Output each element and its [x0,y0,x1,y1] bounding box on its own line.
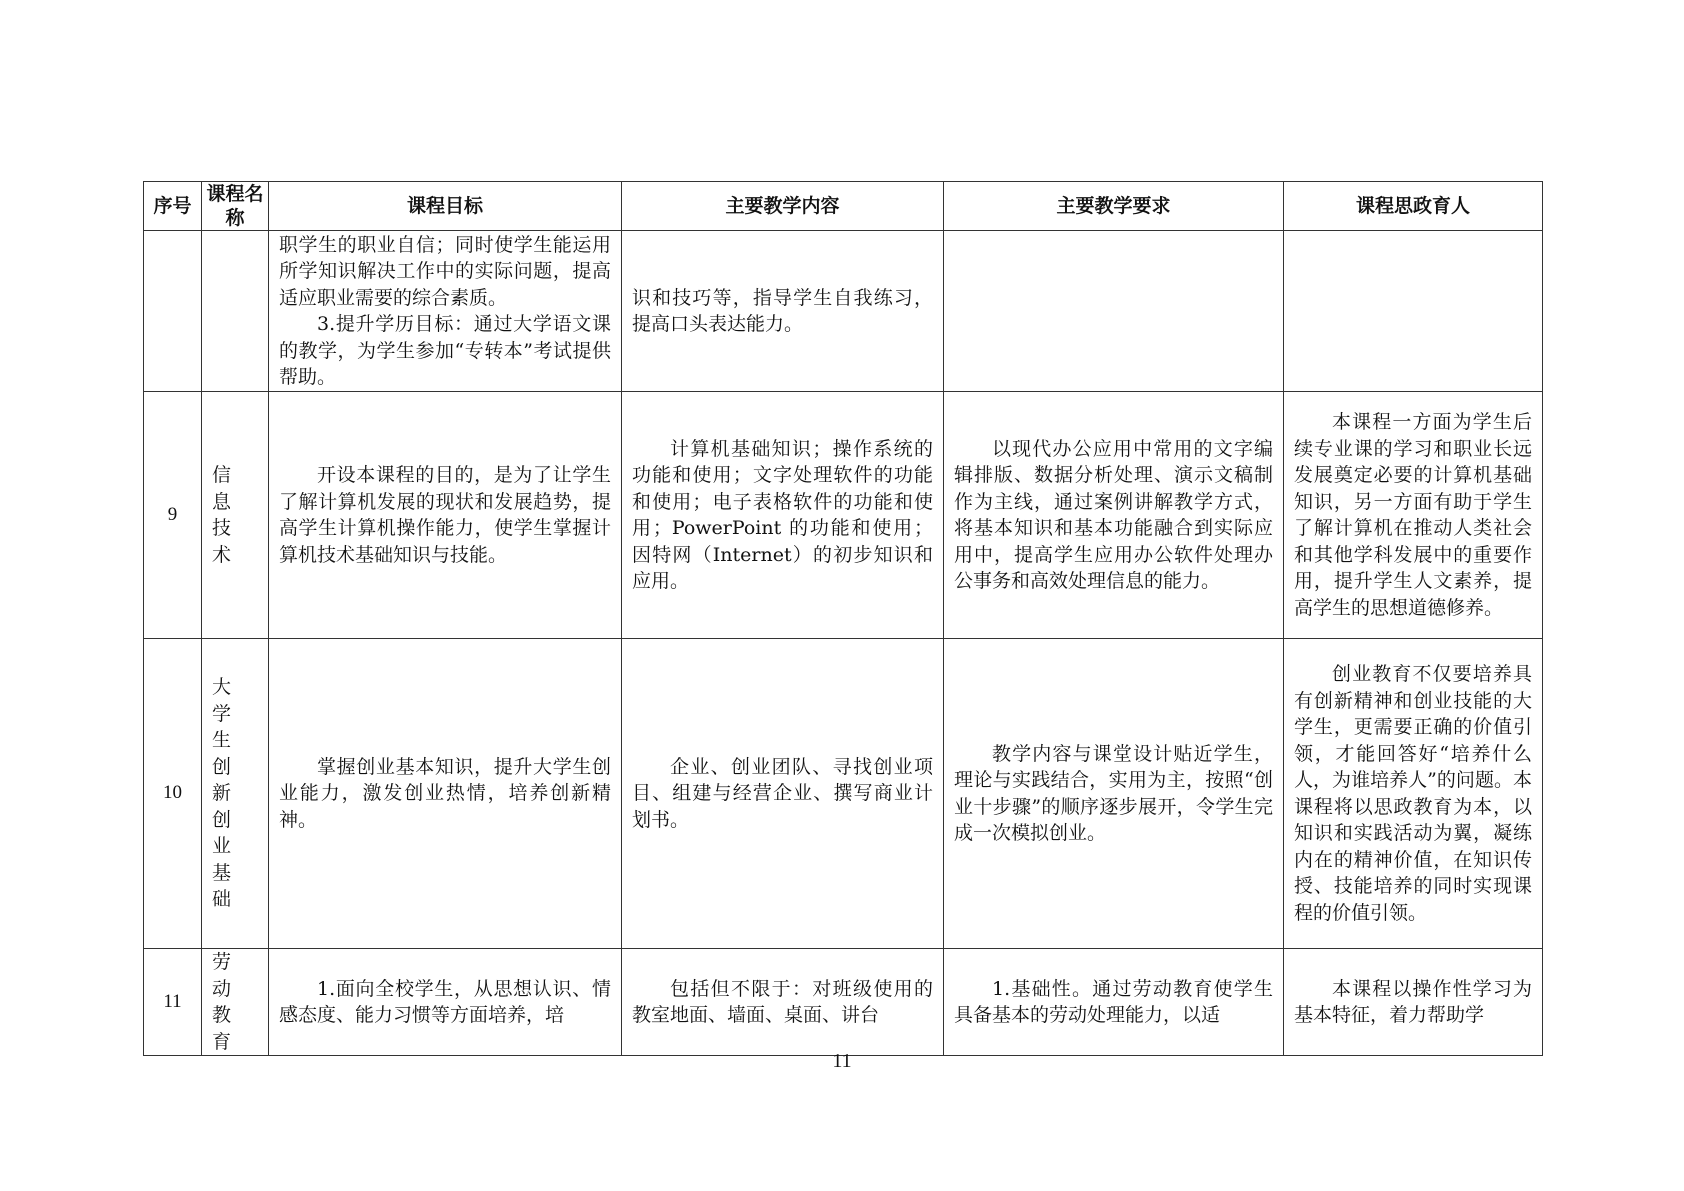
header-no: 序号 [144,182,202,231]
cell-teaching-requirement [944,231,1284,392]
table-row-continuation: 职学生的职业自信；同时使学生能运用所学知识解决工作中的实际问题，提高适应职业需要… [144,231,1543,392]
cell-course-goal: 职学生的职业自信；同时使学生能运用所学知识解决工作中的实际问题，提高适应职业需要… [269,231,622,392]
cell-course-goal: 掌握创业基本知识，提升大学生创业能力，激发创业热情，培养创新精神。 [269,639,622,949]
goal-paragraph: 职学生的职业自信；同时使学生能运用所学知识解决工作中的实际问题，提高适应职业需要… [279,232,611,312]
cell-no: 10 [144,639,202,949]
header-ideological-education: 课程思政育人 [1284,182,1543,231]
table-row: 10 大学生创新创业基础 掌握创业基本知识，提升大学生创业能力，激发创业热情，培… [144,639,1543,949]
cell-course-goal: 1.面向全校学生，从思想认识、情感态度、能力习惯等方面培养，培 [269,949,622,1056]
requirement-text: 教学内容与课堂设计贴近学生，理论与实践结合，实用为主，按照“创业十步骤”的顺序逐… [954,741,1273,847]
cell-no: 9 [144,392,202,639]
cell-teaching-content: 包括但不限于：对班级使用的教室地面、墙面、桌面、讲台 [622,949,944,1056]
table-row: 11 劳动教育 1.面向全校学生，从思想认识、情感态度、能力习惯等方面培养，培 … [144,949,1543,1056]
cell-teaching-content: 计算机基础知识；操作系统的功能和使用；文字处理软件的功能和使用；电子表格软件的功… [622,392,944,639]
cell-teaching-requirement: 以现代办公应用中常用的文字编辑排版、数据分析处理、演示文稿制作为主线，通过案例讲… [944,392,1284,639]
page-number: 11 [822,1050,862,1073]
goal-paragraph: 3.提升学历目标：通过大学语文课的教学，为学生参加“专转本”考试提供帮助。 [279,311,611,391]
cell-ideological-education: 本课程以操作性学习为基本特征，着力帮助学 [1284,949,1543,1056]
cell-ideological-education: 创业教育不仅要培养具有创新精神和创业技能的大学生，更需要正确的价值引领，才能回答… [1284,639,1543,949]
header-course-goal: 课程目标 [269,182,622,231]
ideology-text: 本课程一方面为学生后续专业课的学习和职业长远发展奠定必要的计算机基础知识，另一方… [1294,409,1532,621]
course-table: 序号 课程名称 课程目标 主要教学内容 主要教学要求 课程思政育人 职学生的职业… [143,181,1543,1056]
cell-ideological-education [1284,231,1543,392]
requirement-text: 以现代办公应用中常用的文字编辑排版、数据分析处理、演示文稿制作为主线，通过案例讲… [954,436,1273,595]
content-text: 包括但不限于：对班级使用的教室地面、墙面、桌面、讲台 [632,976,933,1029]
table-row: 9 信息技术 开设本课程的目的，是为了让学生了解计算机发展的现状和发展趋势，提高… [144,392,1543,639]
cell-no: 11 [144,949,202,1056]
cell-ideological-education: 本课程一方面为学生后续专业课的学习和职业长远发展奠定必要的计算机基础知识，另一方… [1284,392,1543,639]
goal-text: 开设本课程的目的，是为了让学生了解计算机发展的现状和发展趋势，提高学生计算机操作… [279,462,611,568]
ideology-text: 创业教育不仅要培养具有创新精神和创业技能的大学生，更需要正确的价值引领，才能回答… [1294,661,1532,926]
ideology-text: 本课程以操作性学习为基本特征，着力帮助学 [1294,976,1532,1029]
content-text: 企业、创业团队、寻找创业项目、组建与经营企业、撰写商业计划书。 [632,754,933,834]
cell-course-name: 劳动教育 [202,949,269,1056]
cell-teaching-requirement: 1.基础性。通过劳动教育使学生具备基本的劳动处理能力，以适 [944,949,1284,1056]
cell-course-name: 信息技术 [202,392,269,639]
cell-teaching-content: 识和技巧等，指导学生自我练习，提高口头表达能力。 [622,231,944,392]
header-teaching-content: 主要教学内容 [622,182,944,231]
cell-course-name [202,231,269,392]
header-teaching-requirement: 主要教学要求 [944,182,1284,231]
document-page: 序号 课程名称 课程目标 主要教学内容 主要教学要求 课程思政育人 职学生的职业… [0,0,1684,1191]
cell-teaching-content: 企业、创业团队、寻找创业项目、组建与经营企业、撰写商业计划书。 [622,639,944,949]
goal-text: 1.面向全校学生，从思想认识、情感态度、能力习惯等方面培养，培 [279,976,611,1029]
table-header-row: 序号 课程名称 课程目标 主要教学内容 主要教学要求 课程思政育人 [144,182,1543,231]
header-course-name: 课程名称 [202,182,269,231]
cell-course-name: 大学生创新创业基础 [202,639,269,949]
requirement-text: 1.基础性。通过劳动教育使学生具备基本的劳动处理能力，以适 [954,976,1273,1029]
content-text: 计算机基础知识；操作系统的功能和使用；文字处理软件的功能和使用；电子表格软件的功… [632,436,933,595]
goal-text: 掌握创业基本知识，提升大学生创业能力，激发创业热情，培养创新精神。 [279,754,611,834]
cell-teaching-requirement: 教学内容与课堂设计贴近学生，理论与实践结合，实用为主，按照“创业十步骤”的顺序逐… [944,639,1284,949]
cell-course-goal: 开设本课程的目的，是为了让学生了解计算机发展的现状和发展趋势，提高学生计算机操作… [269,392,622,639]
cell-no [144,231,202,392]
